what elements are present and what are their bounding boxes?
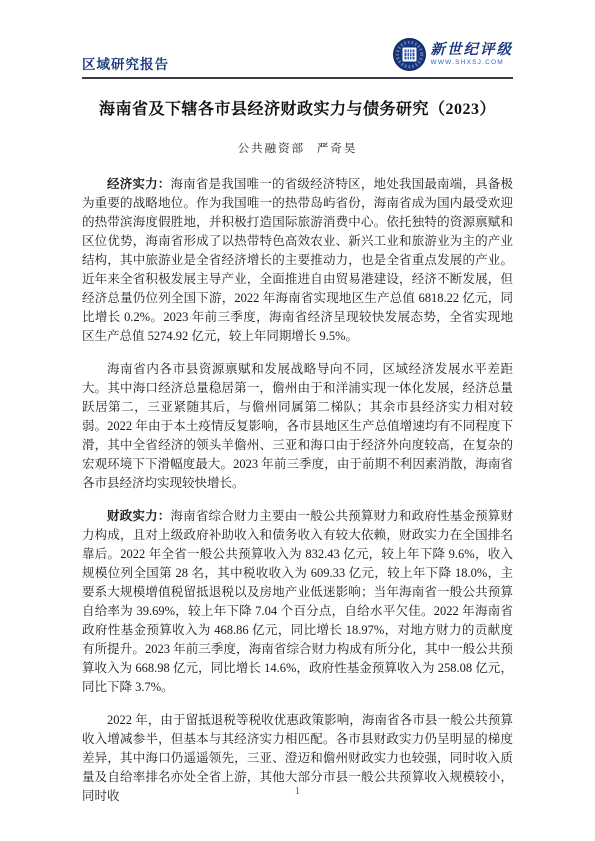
paragraph-fiscal-strength: 财政实力：海南省综合财力主要由一般公共预算财力和政府性基金预算财力构成，且对上级… bbox=[82, 507, 513, 697]
byline-author: 严奇昊 bbox=[317, 143, 358, 155]
paragraph-lead-label: 财政实力： bbox=[107, 509, 170, 523]
agency-logo: 新世纪评级 WWW.SHXSJ.COM bbox=[393, 38, 514, 71]
agency-logo-text: 新世纪评级 WWW.SHXSJ.COM bbox=[431, 43, 514, 66]
paragraph-economic-strength: 经济实力：海南省是我国唯一的省级经济特区，地处我国最南端，具备极为重要的战略地位… bbox=[82, 175, 513, 346]
paragraph-regional-economy: 海南省内各市县资源禀赋和发展战略导向不同，区域经济发展水平差距大。其中海口经济总… bbox=[82, 360, 513, 493]
byline-department: 公共融资部 bbox=[238, 143, 306, 155]
report-page: 区域研究报告 新世纪评级 WWW.SHXSJ.COM 海南省及下辖各市县经济财政 bbox=[0, 0, 595, 841]
page-title: 海南省及下辖各市县经济财政实力与债务研究（2023） bbox=[82, 96, 513, 119]
page-number: 1 bbox=[295, 786, 300, 797]
paragraph-text: 海南省内各市县资源禀赋和发展战略导向不同，区域经济发展水平差距大。其中海口经济总… bbox=[82, 362, 513, 490]
agency-seal-icon bbox=[393, 38, 426, 71]
report-type-label: 区域研究报告 bbox=[82, 53, 169, 77]
header-divider bbox=[82, 77, 513, 79]
agency-website-url: WWW.SHXSJ.COM bbox=[431, 60, 504, 67]
byline: 公共融资部 严奇昊 bbox=[82, 140, 513, 156]
paragraph-text: 海南省是我国唯一的省级经济特区，地处我国最南端，具备极为重要的战略地位。作为我国… bbox=[82, 177, 513, 343]
paragraph-lead-label: 经济实力： bbox=[107, 177, 170, 191]
page-header: 区域研究报告 新世纪评级 WWW.SHXSJ.COM bbox=[82, 33, 513, 77]
document-body: 经济实力：海南省是我国唯一的省级经济特区，地处我国最南端，具备极为重要的战略地位… bbox=[82, 175, 513, 806]
paragraph-text: 海南省综合财力主要由一般公共预算财力和政府性基金预算财力构成，且对上级政府补助收… bbox=[82, 509, 513, 694]
agency-name: 新世纪评级 bbox=[431, 43, 514, 58]
page-footer: 1 bbox=[0, 786, 595, 797]
